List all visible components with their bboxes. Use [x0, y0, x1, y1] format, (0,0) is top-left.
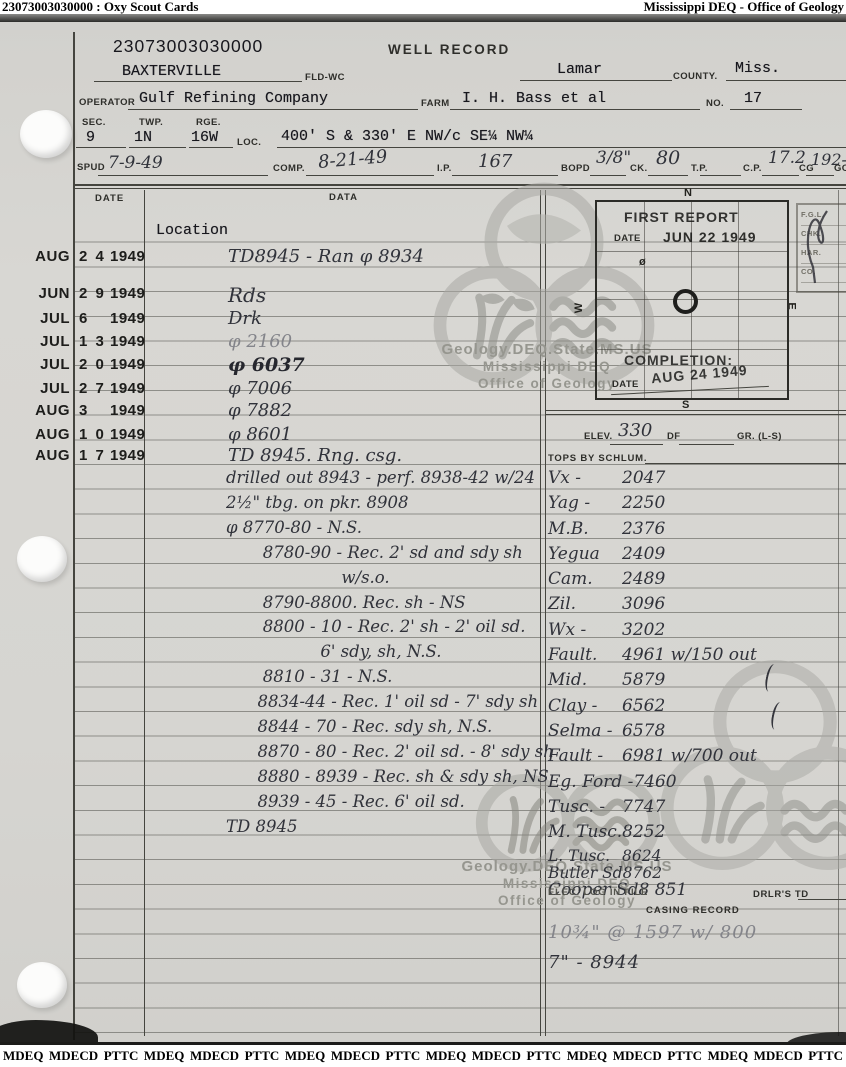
bottom-bar-item: PTTC	[245, 1048, 280, 1064]
bottom-bar-item: MDEQ	[426, 1048, 466, 1064]
formation-name: Yag -	[548, 493, 622, 518]
log-date-month: AUG	[0, 248, 70, 265]
underline	[679, 444, 734, 445]
rge-label: RGE.	[196, 117, 221, 128]
ip-label: I.P.	[437, 163, 452, 174]
log-entry: φ 7006	[228, 378, 292, 399]
formation-depth: 5879	[622, 670, 665, 695]
note-line: 2½" tbg. on pkr. 8908	[226, 491, 544, 516]
farm-label: FARM	[421, 98, 450, 109]
note-line: 8834-44 - Rec. 1' oil sd - 7' sdy sh	[226, 690, 544, 715]
formation-top-row: Butler Sd 8762	[548, 864, 846, 881]
note-line: 8939 - 45 - Rec. 6' oil sd.	[226, 790, 544, 815]
gr-label: GR. (L-S)	[737, 431, 782, 442]
first-report-stamp: FIRST REPORT	[624, 209, 739, 225]
formation-depth: 4961 w/150 out	[622, 645, 757, 670]
formation-name: Wx -	[548, 620, 622, 645]
loc-label: LOC.	[237, 137, 261, 148]
hole-punch	[20, 110, 72, 158]
scan-edge-top	[0, 14, 846, 22]
log-date-year: 1949	[110, 310, 145, 327]
loc-value: 400' S & 330' E NW/c SE¼ NW¼	[281, 128, 533, 145]
ck-label: CK.	[630, 163, 648, 174]
well-location-spot	[673, 289, 698, 314]
note-line: 8880 - 8939 - Rec. sh & sdy sh, NS	[226, 765, 544, 790]
formation-name: Fault -	[548, 746, 622, 771]
log-date-year: 1949	[110, 380, 145, 397]
top-bar: 23073003030000 : Oxy Scout Cards Mississ…	[0, 0, 846, 14]
log-date-month: AUG	[0, 426, 70, 443]
pen-scribble	[793, 205, 846, 295]
spud-date: 7-9-49	[108, 153, 163, 173]
note-line: 6' sdy, sh, N.S.	[226, 640, 544, 665]
bottom-bar-item: MDEQ	[285, 1048, 325, 1064]
formation-depth: 3202	[622, 620, 665, 645]
log-entry: Rds	[228, 283, 266, 307]
note-line: 8800 - 10 - Rec. 2' sh - 2' oil sd.	[226, 615, 544, 640]
state-name: Miss.	[735, 60, 780, 77]
note-line: 8810 - 31 - N.S.	[226, 665, 544, 690]
note-line: 8844 - 70 - Rec. sdy sh, N.S.	[226, 715, 544, 740]
log-entry: φ 6037	[228, 354, 305, 376]
formation-tops-list: Vx - 2047 Yag - 2250 M.B. 2376 Yegua 240…	[548, 468, 846, 906]
note-line: 8790-8800. Rec. sh - NS	[226, 591, 544, 616]
log-date-month: AUG	[0, 402, 70, 419]
underline	[798, 899, 846, 900]
note-line: 8870 - 80 - Rec. 2' oil sd. - 8' sdy sh	[226, 740, 544, 765]
card-title: WELL RECORD	[388, 42, 510, 57]
underline	[590, 175, 626, 176]
spud-label: SPUD	[77, 162, 105, 173]
top-bar-agency: Mississippi DEQ - Office of Geology	[644, 0, 844, 14]
log-date-day: 1 0	[79, 426, 109, 443]
formation-depth: 8252	[622, 822, 665, 847]
elec-log-label: ELEC. LOG IN FILE	[548, 887, 648, 898]
log-date-day: 3	[79, 402, 109, 419]
formation-name: Vx -	[548, 468, 622, 493]
log-entry: TD 8945. Rng. csg.	[228, 445, 402, 466]
compass-n: N	[684, 187, 692, 199]
bottom-bar-item: MDEQ	[144, 1048, 184, 1064]
formation-depth: 2489	[622, 569, 665, 594]
operator-name: Gulf Refining Company	[139, 90, 328, 107]
elev-double-rule-b	[545, 414, 846, 415]
log-date-month: JUL	[0, 310, 70, 327]
casing-record-header: CASING RECORD	[646, 905, 740, 916]
rge-value: 16W	[191, 129, 218, 146]
formation-name: M.B.	[548, 519, 622, 544]
bottom-bar-item: MDECD	[331, 1048, 380, 1064]
tops-header: TOPS BY SCHLUM.	[548, 453, 647, 464]
bottom-bar-item: MDECD	[754, 1048, 803, 1064]
log-date-year: 1949	[110, 285, 145, 302]
formation-top-row: Yegua 2409	[548, 544, 846, 569]
bottom-bar-item: MDEQ	[3, 1048, 43, 1064]
date-column-header: DATE	[95, 193, 124, 204]
log-date-day: 1 3	[79, 333, 109, 350]
twp-value: 1N	[134, 129, 152, 146]
bopd-value: 3/8"	[596, 148, 631, 168]
gor-label: GOR	[834, 163, 846, 174]
note-line: TD 8945	[226, 815, 544, 840]
bottom-bar: MDEQMDECDPTTCMDEQMDECDPTTCMDEQMDECDPTTCM…	[0, 1045, 846, 1067]
log-date-day: 2 4	[79, 248, 109, 265]
sec-label: SEC.	[82, 117, 106, 128]
log-entry: φ 2160	[228, 331, 292, 352]
log-date-day: 2 9	[79, 285, 109, 302]
formation-name: Zil.	[548, 594, 622, 619]
well-no-label: NO.	[706, 98, 724, 109]
formation-top-row: Selma - 6578	[548, 721, 846, 746]
comp-label: COMP.	[273, 163, 305, 174]
bottom-bar-item: MDECD	[613, 1048, 662, 1064]
bottom-bar-item: MDECD	[190, 1048, 239, 1064]
bottom-bar-item: MDEQ	[567, 1048, 607, 1064]
underline	[806, 175, 834, 176]
formation-name: L. Tusc.	[548, 847, 622, 864]
underline	[520, 80, 672, 81]
log-entry: φ 7882	[228, 400, 292, 421]
card-number: 23073003030000	[113, 36, 263, 57]
formation-name: M. Tusc.	[548, 822, 622, 847]
formation-depth: 8624	[622, 847, 661, 864]
plat-grid-line	[597, 251, 787, 252]
underline	[452, 175, 558, 176]
underline	[189, 147, 233, 148]
formation-name: Selma -	[548, 721, 622, 746]
log-date-year: 1949	[110, 248, 145, 265]
formation-depth: 6981 w/700 out	[622, 746, 757, 771]
underline	[94, 81, 302, 82]
underline	[306, 175, 434, 176]
casing-record-lines: 10¾" @ 1597 w/ 800 7" - 8944	[548, 922, 846, 982]
log-row: JUL 2 0 1949 φ 6037	[0, 356, 540, 380]
log-date-day: 6	[79, 310, 109, 327]
log-date-year: 1949	[110, 402, 145, 419]
underline	[98, 175, 268, 176]
bottom-bar-item: PTTC	[667, 1048, 702, 1064]
operator-label: OPERATOR	[79, 97, 135, 108]
underline	[128, 109, 418, 110]
formation-top-row: Fault - 6981 w/700 out	[548, 746, 846, 771]
completion-date-label: DATE	[612, 379, 639, 390]
formation-depth: 7460	[633, 772, 676, 797]
plat-grid-line	[597, 349, 787, 350]
plat-symbol: ø	[639, 256, 646, 268]
log-section-header: Location	[156, 222, 228, 239]
log-date-month: JUL	[0, 380, 70, 397]
note-line: drilled out 8943 - perf. 8938-42 w/24	[226, 466, 544, 491]
df-label: DF	[667, 431, 680, 442]
casing-line: 7" - 8944	[548, 952, 846, 982]
formation-depth: 7747	[622, 797, 665, 822]
formation-top-row: L. Tusc. 8624	[548, 847, 846, 864]
cp-label: C.P.	[743, 163, 762, 174]
log-entry: φ 8601	[228, 424, 292, 445]
formation-name: Tusc. -	[548, 797, 622, 822]
log-entry: Drk	[228, 308, 262, 329]
daily-report-log: JUN 2 9 1949 Rds JUL 6 1949 Drk JUL 1 3 …	[0, 248, 540, 478]
bottom-bar-item: MDECD	[49, 1048, 98, 1064]
compass-w: W	[573, 303, 585, 313]
log-date-month: JUN	[0, 285, 70, 302]
elev-value: 330	[618, 420, 652, 441]
underline	[450, 109, 700, 110]
formation-name: Eg. Ford -	[548, 772, 633, 797]
formation-top-row: Cam. 2489	[548, 569, 846, 594]
log-date-year: 1949	[110, 356, 145, 373]
log-row: AUG 3 1949 φ 7882	[0, 402, 540, 426]
completion-notes: drilled out 8943 - perf. 8938-42 w/242½"…	[226, 466, 544, 840]
sec-value: 9	[86, 129, 95, 146]
underline	[645, 463, 846, 464]
note-line: w/s.o.	[226, 566, 544, 591]
formation-depth: 2376	[622, 519, 665, 544]
formation-name: Clay -	[548, 696, 622, 721]
first-report-plat: FIRST REPORT DATE JUN 22 1949 ø COMPLETI…	[595, 200, 789, 400]
ip-value: 167	[478, 151, 512, 172]
log-date-year: 1949	[110, 426, 145, 443]
hole-punch	[17, 962, 67, 1008]
formation-depth: 2250	[622, 493, 665, 518]
hole-punch	[17, 536, 67, 582]
underline	[726, 80, 846, 81]
note-line: φ 8770-80 - N.S.	[226, 516, 544, 541]
county-name: Lamar	[557, 61, 602, 78]
fld-wc-label: FLD-WC	[305, 72, 345, 83]
formation-top-row: Tusc. - 7747	[548, 797, 846, 822]
bottom-bar-item: PTTC	[386, 1048, 421, 1064]
formation-top-row: Vx - 2047	[548, 468, 846, 493]
farm-name: I. H. Bass et al	[462, 90, 606, 107]
formation-depth: 3096	[622, 594, 665, 619]
bottom-bar-item: PTTC	[104, 1048, 139, 1064]
formation-depth: 2409	[622, 544, 665, 569]
log-date-month: JUL	[0, 333, 70, 350]
top-bar-card-id: 23073003030000 : Oxy Scout Cards	[2, 0, 198, 14]
formation-top-row: Mid. 5879	[548, 670, 846, 695]
twp-label: TWP.	[139, 117, 163, 128]
log-entry: TD8945 - Ran φ 8934	[228, 246, 424, 267]
underline	[76, 147, 126, 148]
formation-top-row: M. Tusc. 8252	[548, 822, 846, 847]
formation-top-row: Clay - 6562	[548, 696, 846, 721]
formation-top-row: Wx - 3202	[548, 620, 846, 645]
log-date-year: 1949	[110, 447, 145, 464]
log-row: JUN 2 9 1949 Rds	[0, 285, 540, 309]
formation-top-row: Zil. 3096	[548, 594, 846, 619]
well-no: 17	[744, 90, 762, 107]
formation-depth: 2047	[622, 468, 665, 493]
formation-top-row: Fault. 4961 w/150 out	[548, 645, 846, 670]
bopd-label: BOPD	[561, 163, 590, 174]
underline	[700, 175, 741, 176]
formation-depth: 8762	[623, 864, 662, 881]
log-date-day: 1 7	[79, 447, 109, 464]
first-report-date-stamp: JUN 22 1949	[663, 229, 757, 245]
formation-name: Fault.	[548, 645, 622, 670]
log-date-year: 1949	[110, 333, 145, 350]
field-name: BAXTERVILLE	[122, 63, 221, 80]
log-date-month: AUG	[0, 447, 70, 464]
underline	[648, 175, 688, 176]
bottom-bar-item: PTTC	[808, 1048, 843, 1064]
elev-label: ELEV.	[584, 431, 613, 442]
underline	[610, 444, 663, 445]
log-row: AUG 2 4 1949 TD8945 - Ran φ 8934	[0, 248, 540, 272]
note-line: 8780-90 - Rec. 2' sd and sdy sh	[226, 541, 544, 566]
county-label: COUNTY.	[673, 71, 718, 82]
formation-name: Mid.	[548, 670, 622, 695]
formation-top-row: M.B. 2376	[548, 519, 846, 544]
elev-double-rule-a	[545, 410, 846, 411]
data-column-header: DATA	[329, 192, 358, 203]
ck-value: 80	[656, 147, 680, 169]
casing-line: 10¾" @ 1597 w/ 800	[548, 922, 846, 952]
log-date-day: 2 0	[79, 356, 109, 373]
log-date-month: JUL	[0, 356, 70, 373]
underline	[730, 109, 802, 110]
formation-name: Yegua	[548, 544, 622, 569]
bottom-bar-item: PTTC	[526, 1048, 561, 1064]
formation-name: Cam.	[548, 569, 622, 594]
underline	[129, 147, 186, 148]
formation-depth: 6562	[622, 696, 665, 721]
underline	[762, 175, 799, 176]
formation-top-row: Eg. Ford - 7460	[548, 772, 846, 797]
formation-depth: 6578	[622, 721, 665, 746]
first-report-date-label: DATE	[614, 233, 641, 244]
bottom-bar-item: MDECD	[472, 1048, 521, 1064]
log-date-day: 2 7	[79, 380, 109, 397]
tp-label: T.P.	[691, 163, 708, 174]
formation-name: Butler Sd	[548, 864, 623, 881]
formation-top-row: Yag - 2250	[548, 493, 846, 518]
scout-card-viewer: 23073003030000 : Oxy Scout Cards Mississ…	[0, 0, 846, 1067]
bottom-bar-item: MDEQ	[708, 1048, 748, 1064]
